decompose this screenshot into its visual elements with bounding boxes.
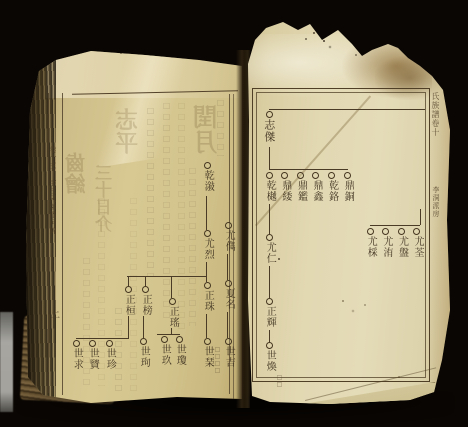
tree-connector-line bbox=[128, 276, 129, 286]
node-circle-icon bbox=[140, 338, 147, 345]
foxing-specks bbox=[278, 258, 280, 260]
tree-node: 尤儁 bbox=[221, 222, 235, 252]
ancestor-name: 尤烈 bbox=[202, 238, 213, 260]
volume-title-margin: 氏族譜卷十 bbox=[431, 92, 439, 178]
node-circle-icon bbox=[312, 172, 319, 179]
left-page: 卷十三 宇三兄弟派珂綿 二 閏月 志平 三十日介 齒繪 □□□□□□□□□□□□… bbox=[26, 46, 242, 408]
tree-node: 世瓊 bbox=[172, 336, 186, 366]
ancestor-name: 世玖 bbox=[159, 344, 170, 366]
node-circle-icon bbox=[266, 342, 273, 349]
node-circle-icon bbox=[225, 280, 232, 287]
node-circle-icon bbox=[204, 162, 211, 169]
tree-connector-line bbox=[145, 276, 146, 286]
node-circle-icon bbox=[266, 172, 273, 179]
node-circle-icon bbox=[266, 234, 273, 241]
tree-node: 正珠 bbox=[200, 282, 214, 312]
bleedthrough-chars-zhiping: 志平 bbox=[118, 108, 141, 154]
ancestor-name: 尤儁 bbox=[223, 230, 234, 252]
ancestor-name: 志傑 bbox=[263, 119, 275, 143]
tree-node: 乾鉻 bbox=[324, 172, 338, 202]
book-gutter bbox=[236, 50, 250, 408]
node-circle-icon bbox=[204, 338, 211, 345]
tree-sibling-bracket bbox=[269, 169, 348, 170]
ancestor-name: 正榜 bbox=[140, 294, 151, 316]
node-circle-icon bbox=[328, 172, 335, 179]
tree-node: 正榜 bbox=[138, 286, 152, 316]
tree-node: 正輝 bbox=[262, 298, 276, 328]
ancestor-name: 世玽 bbox=[138, 346, 149, 368]
tree-connector-line bbox=[420, 209, 421, 225]
tree-connector-line bbox=[171, 276, 172, 298]
tree-node: 世琹 bbox=[200, 338, 214, 368]
node-circle-icon bbox=[125, 286, 132, 293]
ancestor-name: 世珍 bbox=[104, 348, 115, 370]
ancestor-name: 乾樾 bbox=[264, 180, 275, 202]
node-circle-icon bbox=[281, 172, 288, 179]
tree-connector-line bbox=[269, 266, 270, 298]
tree-node: 尤荃 bbox=[410, 228, 424, 258]
margin-strip-line-inner bbox=[62, 93, 63, 395]
tree-connector-line bbox=[227, 312, 228, 338]
tree-connector-line bbox=[143, 316, 144, 338]
tree-node: 鼎銅 bbox=[340, 172, 354, 202]
ancestor-name: 鼎鑫 bbox=[311, 180, 322, 202]
node-circle-icon bbox=[413, 228, 420, 235]
photo-edge-strip bbox=[0, 312, 13, 412]
node-circle-icon bbox=[169, 298, 176, 305]
tree-node: 夏名 bbox=[221, 280, 235, 310]
tree-node: 世煥 bbox=[262, 342, 276, 372]
tree-sibling-bracket bbox=[370, 225, 420, 226]
ancestor-name: 世吉 bbox=[223, 346, 234, 368]
ancestor-name: 世贒 bbox=[87, 348, 98, 370]
ancestor-name: 夏名 bbox=[223, 288, 234, 310]
tree-node: 世求 bbox=[69, 340, 83, 370]
tree-sibling-bracket bbox=[127, 276, 207, 277]
tree-node: 尤棌 bbox=[363, 228, 377, 258]
node-circle-icon bbox=[161, 336, 168, 343]
node-circle-icon bbox=[266, 298, 273, 305]
ancestor-name: 正輝 bbox=[264, 306, 275, 328]
tree-node: 世吉 bbox=[221, 338, 235, 368]
ancestor-name: 正珠 bbox=[202, 290, 213, 312]
ancestor-name: 尤棌 bbox=[365, 236, 376, 258]
tree-connector-line bbox=[206, 262, 207, 276]
tree-node: 鼎鑑 bbox=[293, 172, 307, 202]
page-number: 二 bbox=[51, 308, 60, 321]
ancestor-name: 乾鉻 bbox=[326, 180, 337, 202]
node-circle-icon bbox=[204, 282, 211, 289]
node-circle-icon bbox=[225, 338, 232, 345]
tree-node: 尤盤 bbox=[394, 228, 408, 258]
ancestor-name: 尤盤 bbox=[396, 236, 407, 258]
tree-connector-line bbox=[269, 204, 270, 234]
tree-connector-line bbox=[206, 196, 207, 230]
node-circle-icon bbox=[73, 340, 80, 347]
node-circle-icon bbox=[344, 172, 351, 179]
ancestor-name: 鼎銅 bbox=[342, 180, 353, 202]
ancestor-name: 尤仁 bbox=[264, 242, 275, 264]
tear-specks bbox=[313, 32, 315, 34]
node-circle-icon bbox=[89, 340, 96, 347]
edge-specks bbox=[114, 50, 116, 52]
tree-node: 世玽 bbox=[136, 338, 150, 368]
node-circle-icon bbox=[225, 222, 232, 229]
tree-node: 乾樾 bbox=[262, 172, 276, 202]
chapter-margin-label: 卷十三 宇三兄弟派珂綿 bbox=[49, 146, 56, 306]
tree-connector-line bbox=[206, 314, 207, 338]
tree-connector-line bbox=[227, 254, 228, 280]
bleedthrough-text-column: □□□□□□□□□□□□□□□□□□□□□□ bbox=[216, 98, 224, 156]
tree-node: 尤仁 bbox=[262, 234, 276, 264]
biographical-note-column: □□□□ bbox=[214, 346, 220, 386]
ancestor-name: 尤荃 bbox=[412, 236, 423, 258]
bleedthrough-text-column: □□□□□□□□□□□□□□□□□□□□□□ bbox=[146, 106, 154, 276]
ancestor-name: 鼎緌 bbox=[279, 180, 290, 202]
biographical-note-column: □□ bbox=[276, 374, 282, 388]
ancestor-name: 世瓊 bbox=[174, 344, 185, 366]
tree-connector-line bbox=[269, 147, 270, 169]
ancestor-name: 世煥 bbox=[264, 350, 275, 372]
node-circle-icon bbox=[266, 111, 273, 118]
ancestor-name: 世求 bbox=[71, 348, 82, 370]
generation-top-line bbox=[269, 109, 425, 110]
tree-node: 正桓 bbox=[121, 286, 135, 316]
ancestor-name: 乾潊 bbox=[202, 170, 213, 192]
bleedthrough-chars-chihui: 齒繪 bbox=[66, 152, 87, 194]
photo-of-genealogy-book: 卷十三 宇三兄弟派珂綿 二 閏月 志平 三十日介 齒繪 □□□□□□□□□□□□… bbox=[0, 0, 468, 427]
tree-node: 尤洧 bbox=[379, 228, 393, 258]
tree-connector-line bbox=[269, 330, 270, 342]
node-circle-icon bbox=[106, 340, 113, 347]
bleedthrough-text-column: □□□□□□□□□□□□□□□□□□□□□□ bbox=[178, 101, 186, 331]
right-page: 志傑 乾樾 鼎緌 鼎鑑 鼎鑫 乾鉻 鼎銅 尤仁 bbox=[247, 16, 453, 412]
tree-connector-line bbox=[128, 316, 129, 338]
node-circle-icon bbox=[204, 230, 211, 237]
ancestor-name: 鼎鑑 bbox=[295, 180, 306, 202]
node-circle-icon bbox=[176, 336, 183, 343]
bleedthrough-text-column: □□□□□□□□□□□□□□□□□□□□□□ bbox=[188, 166, 196, 326]
ancestor-name: 世琹 bbox=[202, 346, 213, 368]
tree-node: 正瑤 bbox=[165, 298, 179, 328]
bleedthrough-text-column: □□□□□□□□□□□□□□□□□□□□□□ bbox=[162, 101, 170, 321]
tree-node: 乾潊 bbox=[200, 162, 214, 192]
tree-node: 尤烈 bbox=[200, 230, 214, 260]
branch-hall-margin-label: 李洞派房 bbox=[432, 186, 439, 232]
node-circle-icon bbox=[382, 228, 389, 235]
node-circle-icon bbox=[142, 286, 149, 293]
tree-node: 鼎緌 bbox=[278, 172, 292, 202]
node-circle-icon bbox=[398, 228, 405, 235]
node-circle-icon bbox=[367, 228, 374, 235]
tree-node: 鼎鑫 bbox=[309, 172, 323, 202]
ancestor-name: 尤洧 bbox=[380, 236, 391, 258]
ancestor-name: 正桓 bbox=[123, 294, 134, 316]
tree-node: 世玖 bbox=[157, 336, 171, 366]
tree-node-root: 志傑 bbox=[262, 111, 276, 143]
ancestor-name: 正瑤 bbox=[167, 306, 178, 328]
tree-node: 世贒 bbox=[85, 340, 99, 370]
node-circle-icon bbox=[297, 172, 304, 179]
tree-node: 世珍 bbox=[102, 340, 116, 370]
